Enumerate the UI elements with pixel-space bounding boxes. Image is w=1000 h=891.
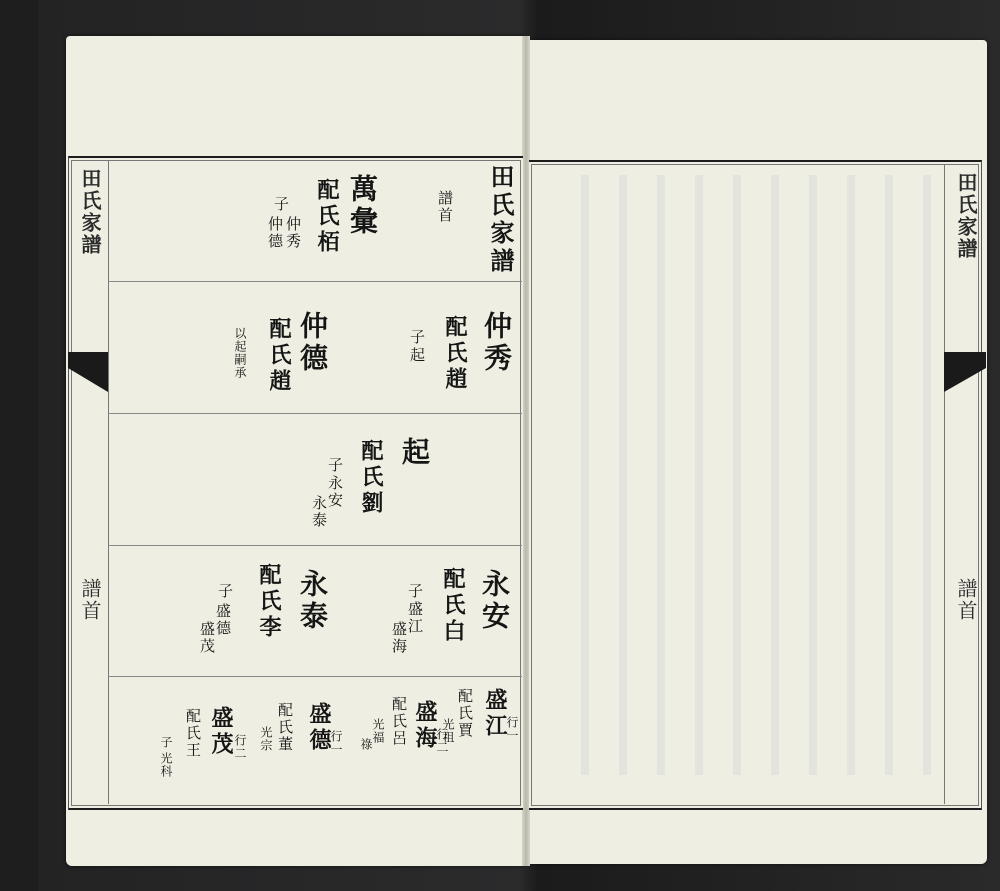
person-name: 起 xyxy=(400,437,428,469)
child-name: 起 xyxy=(409,347,424,364)
spouse: 配氏趙 xyxy=(268,317,290,395)
spine-title: 田氏家譜 xyxy=(76,168,105,256)
child-name: 盛江 xyxy=(407,601,422,635)
spouse: 配氏董 xyxy=(277,702,292,753)
spouse: 配氏呂 xyxy=(391,696,406,747)
child-name: 盛德 xyxy=(215,603,230,637)
children-label: 子 xyxy=(217,583,232,600)
birth-rank: 行二 xyxy=(234,734,246,760)
spouse: 配氏栢 xyxy=(316,178,338,256)
generation-row: 起 配氏劉 子 永安 永泰 xyxy=(108,413,522,546)
person-name: 盛德 xyxy=(308,702,330,754)
person-name: 萬彙 xyxy=(348,174,376,238)
children-label: 子 xyxy=(409,329,424,346)
genealogy-table: 田氏家譜 譜首 萬彙 配氏栢 子 仲秀 仲德 仲秀 配氏趙 子 起 仲德 配氏趙… xyxy=(108,160,522,804)
child-name: 永泰 xyxy=(311,495,326,529)
person-name: 仲秀 xyxy=(482,311,510,375)
children-label: 子 xyxy=(160,736,172,749)
child-name: 盛海 xyxy=(391,621,406,655)
person-name: 永泰 xyxy=(298,569,326,633)
child-name: 永安 xyxy=(327,475,342,509)
person-name: 永安 xyxy=(480,569,508,633)
child-name: 光宗 xyxy=(260,726,272,752)
birth-rank: 行二 xyxy=(436,728,448,754)
generation-row: 仲秀 配氏趙 子 起 仲德 配氏趙 以起嗣承 xyxy=(108,281,522,414)
birth-rank: 行一 xyxy=(506,716,518,742)
spouse: 配氏李 xyxy=(258,563,280,641)
spouse: 配氏劉 xyxy=(360,439,382,517)
person-name: 盛茂 xyxy=(210,706,232,758)
adoption-note: 以起嗣承 xyxy=(234,327,246,379)
child-name: 光福 xyxy=(372,718,384,744)
spouse: 配氏王 xyxy=(185,708,200,759)
spouse: 配氏賈 xyxy=(457,688,472,739)
generation-row: 盛江 行一 配氏賈 光祖 盛海 行二 配氏呂 光福 祿 盛德 行一 配氏董 光宗… xyxy=(108,676,522,804)
left-spine-column xyxy=(68,160,109,804)
spine-section: 譜首 xyxy=(952,578,981,622)
right-spine-column xyxy=(944,164,983,804)
child-name: 仲秀 xyxy=(285,216,300,250)
birth-rank: 行一 xyxy=(330,730,342,756)
children-label: 子 xyxy=(327,457,342,474)
child-name: 盛茂 xyxy=(199,621,214,655)
generation-row: 永安 配氏白 子 盛江 盛海 永泰 配氏李 子 盛德 盛茂 xyxy=(108,545,522,677)
children-label: 子 xyxy=(273,196,288,213)
section-label: 譜首 xyxy=(437,190,452,224)
person-name: 盛海 xyxy=(414,700,436,752)
person-name: 仲德 xyxy=(298,311,326,375)
person-name: 盛江 xyxy=(484,688,506,740)
show-through-pattern xyxy=(555,175,935,775)
children-label: 子 xyxy=(407,583,422,600)
child-name: 仲德 xyxy=(267,216,282,250)
spouse: 配氏趙 xyxy=(444,315,466,393)
child-name: 光科 xyxy=(160,752,172,778)
generation-row: 田氏家譜 譜首 萬彙 配氏栢 子 仲秀 仲德 xyxy=(108,160,522,282)
child-name: 祿 xyxy=(360,738,372,751)
spine-section: 譜首 xyxy=(76,578,105,622)
book-title: 田氏家譜 xyxy=(488,164,512,276)
spine-title: 田氏家譜 xyxy=(952,172,981,260)
spouse: 配氏白 xyxy=(442,567,464,645)
